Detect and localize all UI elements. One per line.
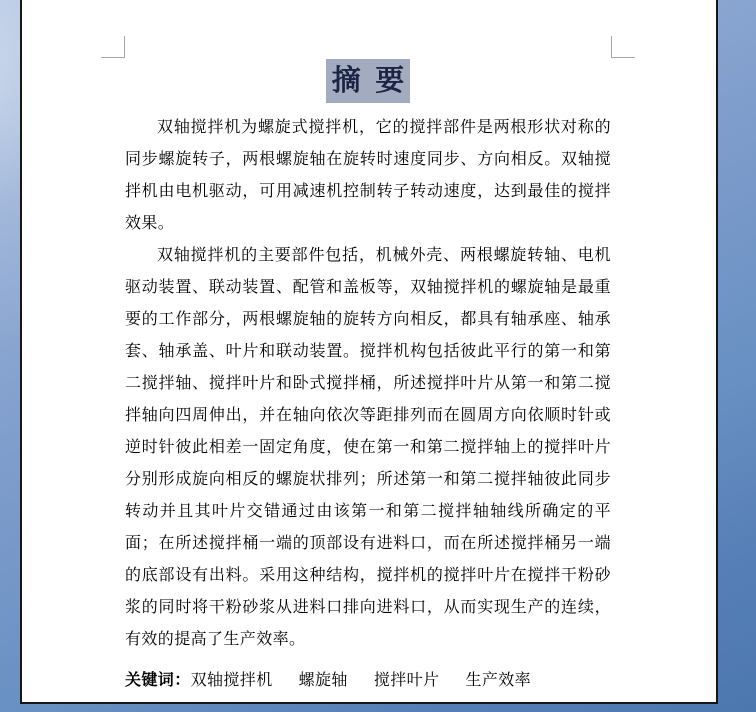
title-row: 摘 要 (125, 59, 611, 103)
keyword[interactable]: 生产效率 (465, 672, 531, 689)
keyword[interactable]: 搅拌叶片 (374, 672, 440, 689)
document-content: 摘 要 双轴搅拌机为螺旋式搅拌机，它的搅拌部件是两根形状对称的同步螺旋转子，两根… (125, 59, 611, 692)
keywords-line: 关键词：双轴搅拌机螺旋轴搅拌叶片生产效率 (125, 670, 611, 692)
abstract-paragraph[interactable]: 双轴搅拌机的主要部件包括，机械外壳、两根螺旋转轴、电机驱动装置、联动装置、配管和… (125, 240, 611, 656)
keywords-label[interactable]: 关键词： (125, 672, 191, 689)
keyword[interactable]: 螺旋轴 (299, 672, 348, 689)
document-page[interactable]: 摘 要 双轴搅拌机为螺旋式搅拌机，它的搅拌部件是两根形状对称的同步螺旋转子，两根… (20, 0, 718, 704)
keyword[interactable]: 双轴搅拌机 (191, 672, 273, 689)
abstract-body: 双轴搅拌机为螺旋式搅拌机，它的搅拌部件是两根形状对称的同步螺旋转子，两根螺旋轴在… (125, 112, 611, 656)
abstract-title[interactable]: 摘 要 (326, 59, 411, 103)
text-boundary-mark-top-left (101, 36, 125, 58)
abstract-paragraph[interactable]: 双轴搅拌机为螺旋式搅拌机，它的搅拌部件是两根形状对称的同步螺旋转子，两根螺旋轴在… (125, 112, 611, 240)
keywords-list: 双轴搅拌机螺旋轴搅拌叶片生产效率 (191, 672, 531, 689)
text-boundary-mark-top-right (611, 36, 635, 58)
